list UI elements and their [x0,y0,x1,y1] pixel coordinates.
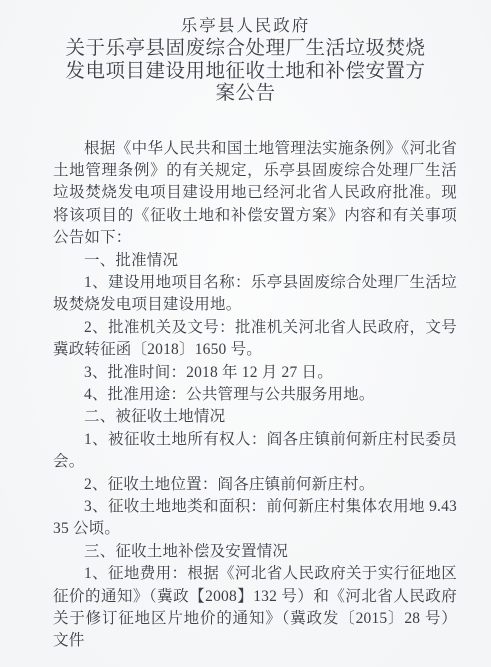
item-land-location: 2、征收土地位置：阎各庄镇前何新庄村。 [53,474,457,496]
announcement-title: 关于乐亭县固废综合处理厂生活垃圾焚烧发电项目建设用地征收土地和补偿安置方案公告 [60,38,432,106]
scanned-announcement-page: 乐亭县人民政府 关于乐亭县固废综合处理厂生活垃圾焚烧发电项目建设用地征收土地和补… [0,0,491,667]
item-approval-authority: 2、批准机关及文号：批准机关河北省人民政府，文号冀政转征函〔2018〕1650 … [53,317,457,362]
item-expropriation-fees: 1、征地费用：根据《河北省人民政府关于实行征地区征价的通知》（冀政【2008】1… [53,563,457,653]
intro-paragraph: 根据《中华人民共和国土地管理法实施条例》《河北省土地管理条例》的有关规定，乐亭县… [53,138,457,250]
item-land-type-area: 3、征收土地地类和面积：前何新庄村集体农用地 9.4335 公顷。 [53,496,457,541]
section-heading-approval: 一、批准情况 [53,250,457,272]
item-project-name: 1、建设用地项目名称：乐亭县固废综合处理厂生活垃圾焚烧发电项目建设用地。 [53,272,457,317]
item-approved-use: 4、批准用途：公共管理与公共服务用地。 [53,384,457,406]
announcement-body: 根据《中华人民共和国土地管理法实施条例》《河北省土地管理条例》的有关规定，乐亭县… [0,138,491,653]
title-block: 乐亭县人民政府 关于乐亭县固废综合处理厂生活垃圾焚烧发电项目建设用地征收土地和补… [0,0,491,106]
issuing-authority-title: 乐亭县人民政府 [0,14,491,37]
section-heading-compensation: 三、征收土地补偿及安置情况 [53,541,457,563]
section-heading-expropriated-land: 二、被征收土地情况 [53,406,457,428]
item-approval-date: 3、批准时间：2018 年 12 月 27 日。 [53,362,457,384]
item-land-owner: 1、被征收土地所有权人：阎各庄镇前何新庄村民委员会。 [53,429,457,474]
